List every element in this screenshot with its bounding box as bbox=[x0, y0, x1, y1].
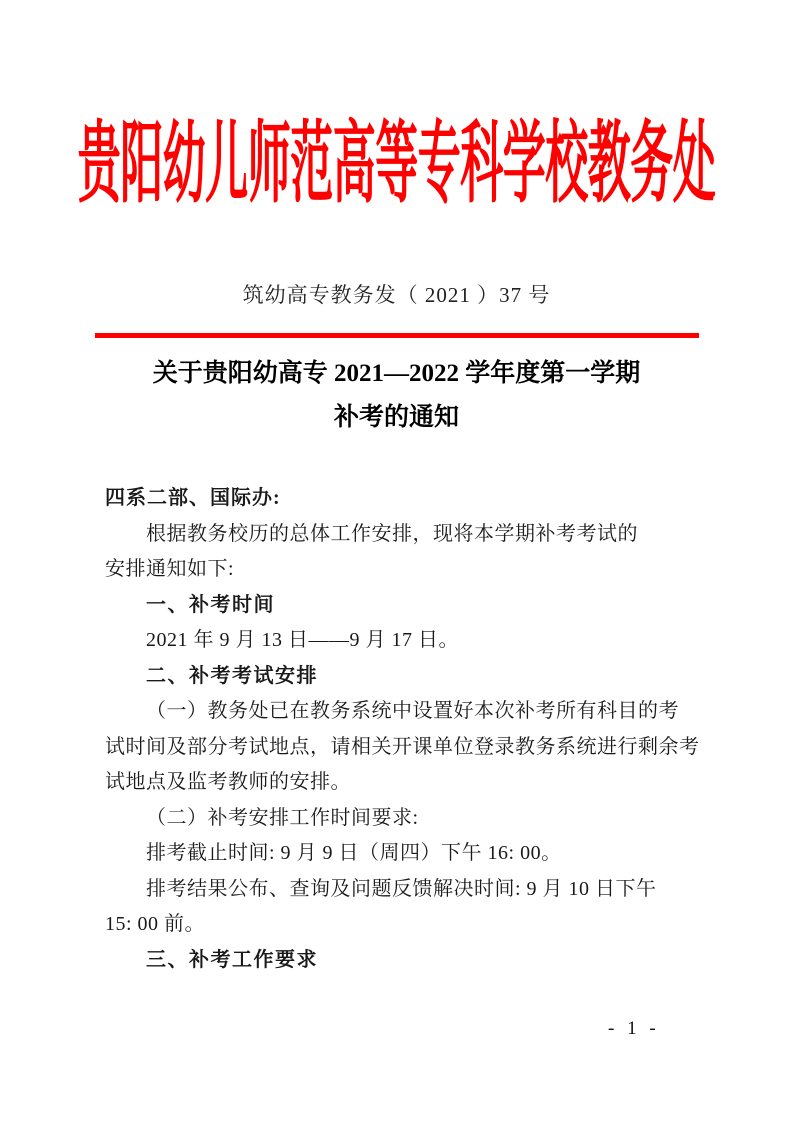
agency-title: 贵阳幼儿师范高等专科学校教务处 bbox=[78, 121, 716, 210]
intro-line-2: 安排通知如下: bbox=[105, 552, 705, 588]
document-body: 四系二部、国际办:根据教务校历的总体工作安排，现将本学期补考考试的安排通知如下:… bbox=[105, 481, 705, 978]
doc-reference-number: 筑幼高专教务发（ 2021 ）37 号 bbox=[0, 281, 793, 309]
section-2-item1-line1: （一）教务处已在教务系统中设置好本次补考所有科目的考 bbox=[105, 694, 705, 730]
document-page: 贵阳幼儿师范高等专科学校教务处 筑幼高专教务发（ 2021 ）37 号 关于贵阳… bbox=[0, 0, 793, 1122]
document-title-line-2: 补考的通知 bbox=[0, 396, 793, 440]
masthead: 贵阳幼儿师范高等专科学校教务处 bbox=[0, 121, 793, 164]
section-2-item1-line2: 试时间及部分考试地点，请相关开课单位登录教务系统进行剩余考 bbox=[105, 730, 705, 766]
results-line1: 排考结果公布、查询及问题反馈解决时间: 9 月 10 日下午 bbox=[105, 872, 705, 908]
page-number: - 1 - bbox=[608, 1018, 660, 1040]
section-2-heading: 二、补考考试安排 bbox=[105, 659, 705, 695]
intro-line-1: 根据教务校历的总体工作安排，现将本学期补考考试的 bbox=[105, 517, 705, 553]
results-line2: 15: 00 前。 bbox=[105, 907, 705, 943]
document-title: 关于贵阳幼高专 2021—2022 学年度第一学期 补考的通知 bbox=[0, 352, 793, 440]
red-divider-rule bbox=[95, 333, 699, 338]
section-2-item1-line3: 试地点及监考教师的安排。 bbox=[105, 765, 705, 801]
section-1-heading: 一、补考时间 bbox=[105, 588, 705, 624]
deadline-line: 排考截止时间: 9 月 9 日（周四）下午 16: 00。 bbox=[105, 836, 705, 872]
section-2-item2: （二）补考安排工作时间要求: bbox=[105, 801, 705, 837]
section-3-heading: 三、补考工作要求 bbox=[105, 943, 705, 979]
section-1-dates: 2021 年 9 月 13 日——9 月 17 日。 bbox=[105, 623, 705, 659]
salutation: 四系二部、国际办: bbox=[105, 481, 705, 517]
document-title-line-1: 关于贵阳幼高专 2021—2022 学年度第一学期 bbox=[0, 352, 793, 396]
